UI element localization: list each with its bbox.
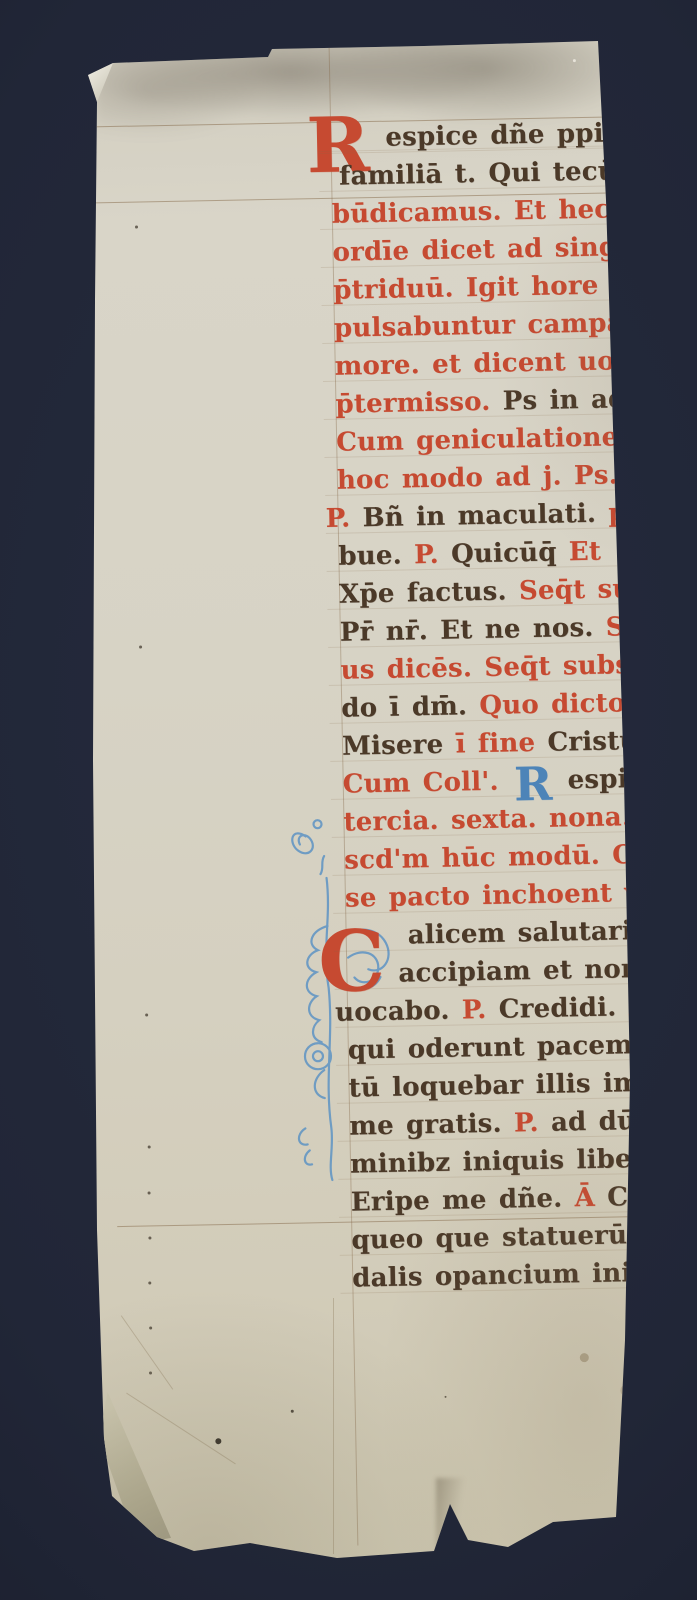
- body-text: Quicūq̄: [451, 537, 569, 569]
- body-text: uocabo.: [335, 995, 462, 1027]
- text-line-16: do ī dm̄. Quo dicto. sec: [329, 684, 642, 728]
- rubric-text: tercia. sexta. nona. l: [343, 802, 653, 838]
- text-line-30: queo que statuerūt mī e: [339, 1216, 652, 1260]
- blue-penwork-flourish: [279, 796, 422, 1189]
- body-text: Eripe me dñe.: [351, 1183, 575, 1217]
- pricking-dot: [148, 1191, 151, 1194]
- rubric-text: hoc modo ad j. Ps.: [337, 460, 631, 496]
- text-line-7: more. et dicent uoce: [322, 342, 635, 386]
- inline-initial-R: R: [513, 757, 552, 812]
- rubric-text: Et: [569, 537, 602, 568]
- manuscript-leaf: R C espice dñe ppiciusfamiliā t. Qui tec…: [0, 0, 697, 1600]
- rubric-text: Cum geniculatione ī: [336, 422, 641, 458]
- rubric-text: būdicamus. Et hec o: [332, 194, 641, 230]
- pricking-dot: [139, 646, 142, 649]
- ink-speck: [445, 1396, 447, 1398]
- pricking-dot: [148, 1236, 151, 1239]
- body-text: accipiam et nom: [398, 954, 649, 989]
- text-line-9: Cum geniculatione ī: [324, 418, 637, 462]
- text-line-1: espice dñe ppicius: [318, 114, 631, 158]
- ruling-line: [92, 116, 614, 127]
- body-text: Xp̄e factus.: [339, 576, 519, 609]
- rubric-text: ī fine: [455, 728, 547, 760]
- pricking-dot: [135, 226, 138, 229]
- ruling-line: [94, 192, 616, 203]
- body-text: bue.: [338, 540, 414, 571]
- text-block: espice dñe ppiciusfamiliā t. Qui tecū.bū…: [318, 114, 653, 1300]
- rubric-text: se pacto inchoent ve: [345, 878, 657, 914]
- body-text: familiā t. Qui tecū.: [339, 156, 627, 192]
- text-line-5: p̄triduū. Igit hore b: [321, 266, 634, 310]
- ink-speck: [215, 1438, 221, 1444]
- body-text: Credidi.: [498, 992, 629, 1024]
- pricking-dot: [148, 1281, 151, 1284]
- rubric-text: P.: [414, 540, 452, 571]
- ink-speck: [573, 59, 576, 62]
- rubric-text: more. et dicent uoce: [334, 346, 647, 382]
- text-line-15: us dicēs. Seq̄t subsil: [328, 646, 641, 690]
- initial-letter-R: R: [306, 107, 371, 184]
- rubric-text: p̄triduū. Igit hore b: [333, 270, 629, 306]
- text-line-14: Pr̄ nr̄. Et ne nos. Sicū: [327, 608, 640, 652]
- text-line-2: familiā t. Qui tecū.: [319, 152, 632, 196]
- text-line-20: scd'm hūc modū. Off: [332, 836, 645, 880]
- ruling-line: [117, 1216, 649, 1227]
- rubric-text: ordīe dicet ad singul: [332, 232, 646, 268]
- text-line-4: ordīe dicet ad singul: [320, 228, 633, 272]
- text-line-18: Cum Coll'. R espice: [330, 760, 643, 804]
- diagonal-crease: [126, 1393, 236, 1465]
- text-line-10: hoc modo ad j. Ps. A: [325, 456, 638, 500]
- text-line-12: bue. P. Quicūq̄ Et: [326, 532, 639, 576]
- rubric-text: Ā: [574, 1183, 607, 1214]
- text-line-17: Misere ī fine Cristu: [330, 722, 643, 766]
- diagonal-crease: [121, 1315, 173, 1389]
- text-line-31: dalis opancium iniqui: [340, 1254, 653, 1298]
- rubric-text: P.: [514, 1108, 552, 1139]
- rubric-text: P.: [462, 995, 500, 1026]
- text-line-21: se pacto inchoent ve: [333, 874, 646, 918]
- rubric-text: Cum Coll'.: [342, 766, 511, 799]
- body-text: Bñ in maculati.: [362, 499, 608, 534]
- rubric-text: scd'm hūc modū. Off: [344, 840, 658, 876]
- body-text: do ī dm̄.: [341, 691, 480, 724]
- rubric-text: P.: [325, 503, 363, 534]
- text-line-29: Eripe me dñe. Ā Custo: [338, 1178, 651, 1222]
- text-line-28: minibz iniquis libera m: [338, 1140, 651, 1184]
- text-line-6: pulsabuntur campa: [322, 304, 635, 348]
- ruled-writing-area: R C espice dñe ppiciusfamiliā t. Qui tec…: [0, 0, 697, 1600]
- pricking-dot: [148, 1145, 151, 1148]
- photo: { "scene": { "background_color": "#21263…: [0, 0, 697, 1600]
- body-text: alicem salutaris: [407, 916, 647, 951]
- text-line-22: alicem salutaris: [333, 912, 646, 956]
- text-line-26: tū loquebar illis impug: [336, 1064, 649, 1108]
- text-line-23: accipiam et nom: [334, 950, 647, 994]
- body-text: me gratis.: [349, 1108, 514, 1141]
- text-line-13: Xp̄e factus. Seq̄t subl: [327, 570, 640, 614]
- body-text: Pr̄ nr̄. Et ne nos.: [340, 613, 606, 648]
- rubric-text: pulsabuntur campa: [334, 308, 624, 344]
- ink-speck: [291, 1410, 294, 1413]
- text-line-25: qui oderunt pacem eran: [336, 1026, 649, 1070]
- text-line-27: me gratis. P. ad dūm.: [337, 1102, 650, 1146]
- pricking-dot: [145, 1013, 148, 1016]
- text-line-11: P. Bñ in maculati. p: [325, 494, 638, 538]
- initial-letter-C: C: [317, 919, 385, 1004]
- body-text: Ps in ad: [502, 384, 626, 416]
- text-line-3: būdicamus. Et hec o: [319, 190, 632, 234]
- margin-ruling-vertical: [329, 46, 359, 1546]
- text-line-19: tercia. sexta. nona. l: [331, 798, 644, 842]
- rubric-text: p̄termisso.: [335, 387, 503, 420]
- text-line-8: p̄termisso. Ps in ad: [323, 380, 636, 424]
- rubric-text: us dicēs. Seq̄t subsil: [340, 650, 650, 686]
- pricking-dot: [149, 1326, 152, 1329]
- vertical-crease: [333, 1298, 334, 1554]
- ink-speck: [580, 1353, 589, 1362]
- text-line-24: uocabo. P. Credidi. Ā C: [335, 988, 648, 1032]
- body-text: Misere: [342, 730, 456, 762]
- pricking-dot: [149, 1371, 152, 1374]
